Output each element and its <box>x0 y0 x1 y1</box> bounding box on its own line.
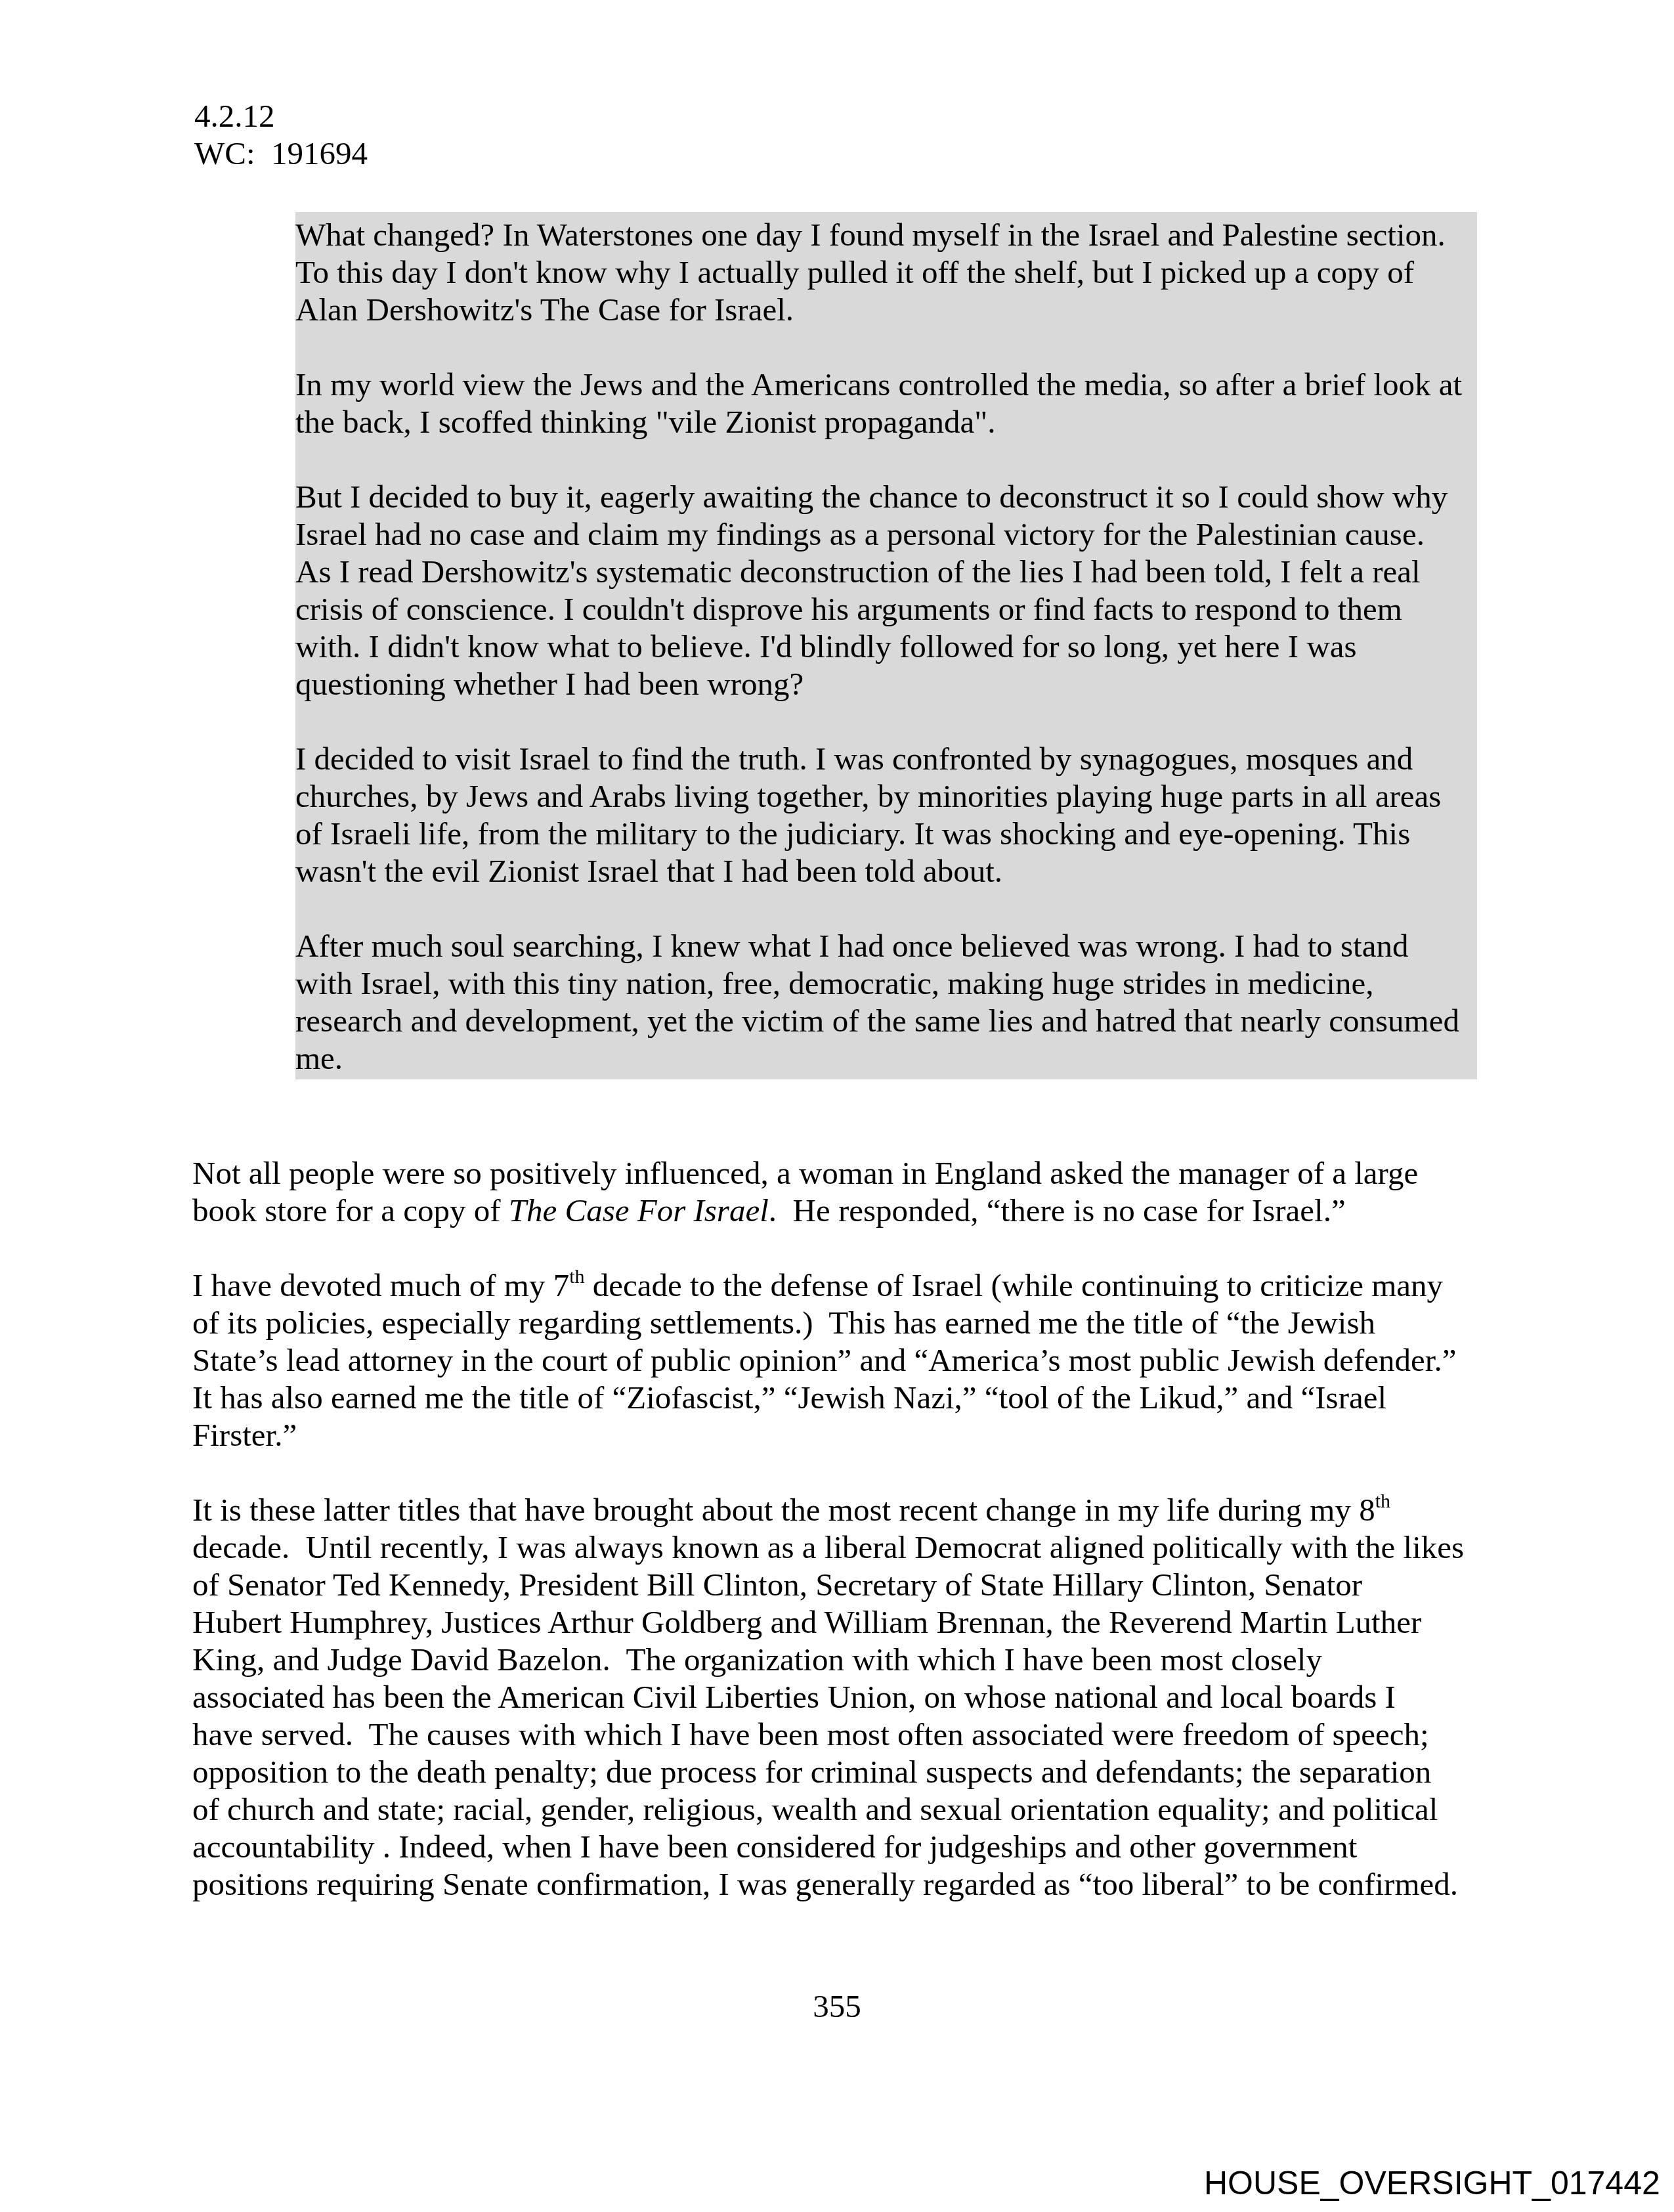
book-title-italic: The Case For Israel <box>509 1192 769 1228</box>
quote-line: of Israeli life, from the military to th… <box>295 815 1410 852</box>
quote-line: me. <box>295 1039 343 1077</box>
word-count-value: 191694 <box>271 135 368 171</box>
body-text: . He responded, “there is no case for Is… <box>769 1192 1346 1228</box>
body-line: book store for a copy of The Case For Is… <box>192 1192 1346 1229</box>
body-text: decade to the defense of Israel (while c… <box>585 1267 1444 1303</box>
document-page: 4.2.12 WC: 191694 What changed? In Water… <box>0 0 1674 2212</box>
body-text: I have devoted much of my 7 <box>192 1267 569 1303</box>
body-line: Firster.” <box>192 1416 297 1454</box>
body-line: Not all people were so positively influe… <box>192 1154 1418 1192</box>
quote-line: After much soul searching, I knew what I… <box>295 927 1408 965</box>
document-header: 4.2.12 WC: 191694 <box>194 97 368 172</box>
bates-number-stamp: HOUSE_OVERSIGHT_017442 <box>1204 2165 1660 2201</box>
quote-line: wasn't the evil Zionist Israel that I ha… <box>295 852 1002 890</box>
quoted-excerpt-box: What changed? In Waterstones one day I f… <box>295 212 1477 1079</box>
body-text: It is these latter titles that have brou… <box>192 1492 1375 1528</box>
header-word-count: WC: 191694 <box>194 135 368 172</box>
body-line: of church and state; racial, gender, rel… <box>192 1790 1438 1828</box>
body-line: Hubert Humphrey, Justices Arthur Goldber… <box>192 1603 1421 1641</box>
quote-line: with Israel, with this tiny nation, free… <box>295 965 1373 1002</box>
quote-line: I decided to visit Israel to find the tr… <box>295 740 1413 777</box>
page-number: 355 <box>0 1987 1674 2025</box>
body-text: book store for a copy of <box>192 1192 509 1228</box>
body-line: King, and Judge David Bazelon. The organ… <box>192 1641 1322 1678</box>
header-date: 4.2.12 <box>194 97 368 135</box>
quote-line: What changed? In Waterstones one day I f… <box>295 216 1446 253</box>
body-line: It is these latter titles that have brou… <box>192 1491 1390 1529</box>
quote-line: with. I didn't know what to believe. I'd… <box>295 628 1357 665</box>
quote-line: questioning whether I had been wrong? <box>295 665 804 703</box>
ordinal-superscript: th <box>1375 1490 1390 1512</box>
body-line: positions requiring Senate confirmation,… <box>192 1865 1458 1903</box>
body-line: It has also earned me the title of “Ziof… <box>192 1379 1386 1416</box>
quote-line: churches, by Jews and Arabs living toget… <box>295 777 1441 815</box>
quote-line: Israel had no case and claim my findings… <box>295 515 1425 553</box>
quote-line: To this day I don't know why I actually … <box>295 253 1414 291</box>
body-line: decade. Until recently, I was always kno… <box>192 1529 1464 1566</box>
word-count-label: WC: <box>194 135 255 171</box>
quote-line: the back, I scoffed thinking "vile Zioni… <box>295 403 995 441</box>
quote-line: crisis of conscience. I couldn't disprov… <box>295 590 1402 628</box>
quote-line: As I read Dershowitz's systematic decons… <box>295 553 1421 590</box>
body-line: associated has been the American Civil L… <box>192 1678 1396 1716</box>
body-line: opposition to the death penalty; due pro… <box>192 1753 1431 1790</box>
body-line: of Senator Ted Kennedy, President Bill C… <box>192 1566 1362 1603</box>
quote-line: In my world view the Jews and the Americ… <box>295 366 1462 403</box>
body-line: of its policies, especially regarding se… <box>192 1304 1375 1341</box>
body-line: have served. The causes with which I hav… <box>192 1716 1429 1753</box>
quote-line: Alan Dershowitz's The Case for Israel. <box>295 291 794 328</box>
body-line: accountability . Indeed, when I have bee… <box>192 1828 1357 1865</box>
body-line: I have devoted much of my 7th decade to … <box>192 1267 1443 1304</box>
quote-line: research and development, yet the victim… <box>295 1002 1459 1039</box>
body-line: State’s lead attorney in the court of pu… <box>192 1341 1456 1379</box>
quote-line: But I decided to buy it, eagerly awaitin… <box>295 478 1448 515</box>
ordinal-superscript: th <box>569 1266 584 1288</box>
